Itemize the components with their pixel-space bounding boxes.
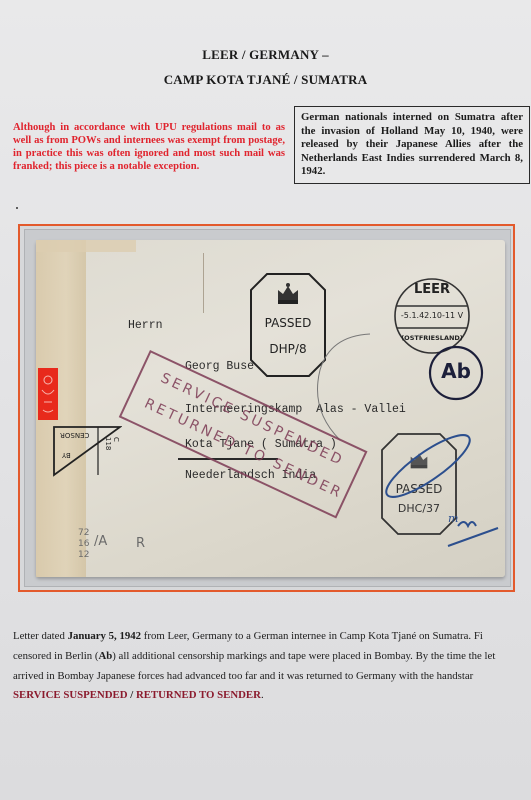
caption-text: censored in Berlin ( — [13, 650, 98, 662]
leer-postmark: LEER -5.1.42.10-11 V (OSTFRIESLAND) — [392, 276, 472, 356]
caption-service-suspended: SERVICE SUSPENDED — [13, 689, 128, 701]
pencil-note-3: 12 — [78, 550, 89, 561]
envelope-fold — [203, 253, 204, 313]
triangle-censor-stamp: CENSOR BY C 118 — [52, 425, 122, 477]
caption-line3: arrived in Bombay Japanese forces had ad… — [13, 670, 531, 682]
page-title-line1: LEER / GERMANY – — [0, 47, 531, 63]
caption-date: January 5, 1942 — [68, 630, 142, 642]
pencil-note-r: R — [136, 536, 145, 551]
page-mark — [16, 207, 18, 209]
passed-label-top: PASSED — [249, 316, 327, 330]
blue-initials: m — [448, 512, 458, 525]
pencil-note-4: /A — [94, 534, 107, 549]
caption-period: . — [261, 689, 264, 701]
red-annotation: Although in accordance with UPU regulati… — [13, 121, 285, 173]
caption-line1: Letter dated January 5, 1942 from Leer, … — [13, 630, 531, 642]
boxed-annotation: German nationals interned on Sumatra aft… — [294, 106, 530, 184]
caption-separator: / — [128, 689, 136, 701]
postmark-date: -5.1.42.10-11 V — [392, 311, 472, 320]
caption-text: from Leer, Germany to a German internee … — [141, 630, 483, 642]
caption-line4: SERVICE SUSPENDED / RETURNED TO SENDER. — [13, 689, 531, 701]
postmark-region: (OSTFRIESLAND) — [392, 334, 472, 342]
caption-ab: Ab — [98, 650, 112, 662]
censor-tape-top — [36, 240, 136, 252]
censor-ab-circle: Ab — [428, 345, 484, 401]
caption-returned-to-sender: RETURNED TO SENDER — [136, 689, 261, 701]
caption-text: ) all additional censorship markings and… — [112, 650, 495, 662]
censor-ab-text: Ab — [428, 359, 484, 383]
pencil-fraction: 72 16 12 — [78, 528, 89, 561]
blue-crayon-marks — [368, 428, 508, 558]
triangle-censor-code: C 118 — [104, 437, 120, 457]
pencil-note-2: 16 — [78, 539, 89, 550]
address-salutation: Herrn — [128, 319, 163, 332]
caption-text: Letter dated — [13, 630, 68, 642]
postmark-town: LEER — [392, 282, 472, 297]
pencil-note-1: 72 — [78, 528, 89, 539]
crown-icon — [275, 282, 301, 306]
page-title-line2: CAMP KOTA TJANÉ / SUMATRA — [0, 72, 531, 88]
red-censor-label — [38, 368, 58, 420]
caption-line2: censored in Berlin (Ab) all additional c… — [13, 650, 531, 662]
triangle-censor-by: BY — [62, 451, 71, 459]
triangle-censor-text: CENSOR — [60, 431, 89, 439]
